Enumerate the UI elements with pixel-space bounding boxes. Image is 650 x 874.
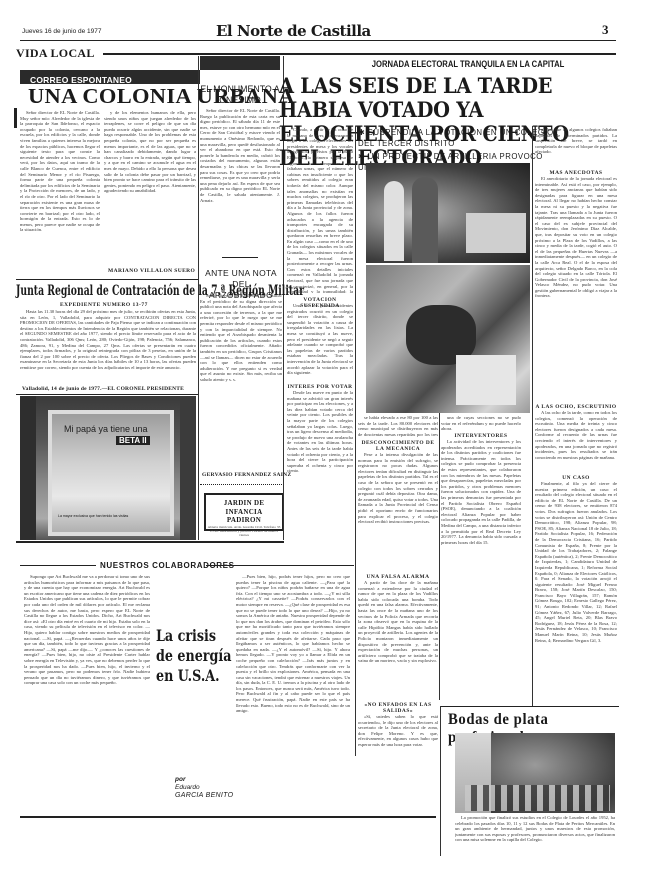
ad-brand: BETA II [116,436,150,445]
column-headline: La crisis de energía en U.S.A. [156,626,231,686]
column-rule [355,126,356,756]
letter-signature: MARIANO VILLALON SUERO [108,268,195,274]
column-label-bar: CORREO ESPONTANEO [20,70,200,84]
ad-tagline: La mayor exclusiva que han tenido las vi… [58,514,168,518]
figure-silhouette [412,177,438,263]
divider [16,394,198,395]
column-rule [439,413,440,700]
lead-col3: una de cuyas secciones no se pudo votar … [441,415,521,431]
column-marker [14,108,17,128]
divider [206,565,354,566]
figure-silhouette [384,181,404,261]
lead-col2: se había elevado a ese 80 por 100 a las … [358,415,438,437]
lead-col1b: Uno de los pocos incidentes registrados … [287,303,353,381]
headline-line: A LAS SEIS DE LA TARDE HABIA VOTADO YA [279,75,603,123]
polling-station-photo-1 [366,163,530,263]
lead-col2b: Pese a la intensa divulgación de las nor… [358,452,438,570]
subhead: «NO ENFADOS EN LAS SALIDAS» [358,702,438,714]
divider [441,706,619,707]
bodas-group-photo [455,733,615,813]
onesimo-body: Señor director de EL Norte de Castilla. … [200,108,280,251]
table-shape [466,213,526,253]
byline: por Eduardo GARCIA BENITO [175,776,233,800]
notice-footer: Valladolid, 14 de junio de 1977.—EL CORO… [22,386,184,392]
issue-date: Jueves 16 de junio de 1977 [22,28,102,35]
photo-frame [180,396,196,540]
section-rule [103,53,616,55]
ad-headline: Mi papá ya tiene una [64,424,148,434]
column-rule [532,126,533,706]
subhead: DESCONOCIMIENTO DE LA MECANICA [358,440,438,452]
byline-lastname: GARCIA BENITO [175,792,233,800]
column-rule [440,706,441,856]
onesimo-photo [200,56,280,70]
lead-col1c: Desde las nueve en punto de la mañana se… [287,390,353,558]
lead-col2c: A partir de las doce de la mañana comenz… [358,580,438,698]
page-number: 3 [602,22,609,38]
headline-line: La crisis [156,626,231,646]
divider [16,279,198,280]
ballot-box-shape [456,355,516,405]
divider [20,816,436,818]
asterisk-icon: ✱ [358,128,368,137]
ad-title: PADIRON [206,516,282,525]
byline-por: por [175,776,233,784]
colab-col1: Supongo que Art Buchwald me va a perdona… [24,574,150,814]
notice-number: EXPEDIENTE NUMERO 13-77 [60,302,148,308]
divider [20,565,96,566]
arzobispado-body: Señor director de EL Norte de Castilla: … [200,293,282,463]
lead-col4d: Finalmente, al filo ya del cierre de nue… [535,481,617,703]
polling-station-photo-2 [366,265,530,413]
lead-bullet: ✱ SUSPENDIDA LA VOTACION EN UN COLEGIO D… [358,127,558,149]
letter-headline: EL MONUMENTO A ONESIMO [200,84,280,106]
notice-headline: Junta Regional de Contratación de la 7.ª… [16,283,135,299]
group-front-row [465,785,610,811]
divider [16,541,284,543]
headline-line: de energía [156,646,231,666]
bodas-caption: La promoción que finalizó sus estudios e… [455,815,615,855]
photo-frame [20,396,36,540]
lead-col2d: «Sí, ustedes saben lo que está ocurriend… [358,714,438,754]
lead-col1: Cuando, a partir de las ocho de la mañan… [287,127,353,293]
colab-col2: —Pues bien, hijo, podrás tener hijos, pe… [236,574,350,814]
beta-ad-photo: Mi papá ya tiene una BETA II La mayor ex… [20,396,196,540]
lead-col3b: La actividad de los interventores y los … [441,439,521,699]
notice-body: Hasta las 11.30 horas del día 29 del pró… [20,309,196,385]
lead-kicker: JORNADA ELECTORAL TRANQUILA EN LA CAPITA… [324,59,613,69]
lead-col4: probar que en algunos colegios faltaban … [535,127,617,167]
jardin-de-infancia-ad: JARDIN DE INFANCIA PADIRON Abierta matrí… [204,493,284,531]
ad-title: JARDIN DE INFANCIA [206,499,282,516]
ad-subtitle: Abierta matrícula. Avda. Guardia Civil. … [206,525,282,537]
masthead-rule [20,40,616,41]
letter-body-col2: y de los elementos humanos de ella, pero… [104,110,196,265]
section-title: VIDA LOCAL [16,46,95,61]
letter-signature: GERVASIO FERNANDEZ SAINZ [202,472,291,478]
lead-col4b: El anecdotario de la jornada electoral e… [535,176,617,401]
letter-body-col1: Señor director de EL Norte de Castilla. … [20,110,100,275]
newspaper-masthead: El Norte de Castilla [216,22,371,40]
asterisk-icon: ✱ [358,152,368,161]
tv-screen: Mi papá ya tiene una BETA II La mayor ex… [48,410,174,536]
headline-line: en U.S.A. [156,666,231,686]
byline-firstname: Eduardo [175,784,233,792]
divider [222,257,258,258]
lead-col4c: A las ocho de la tarde, como en todos lo… [535,410,617,472]
divider [200,484,282,485]
